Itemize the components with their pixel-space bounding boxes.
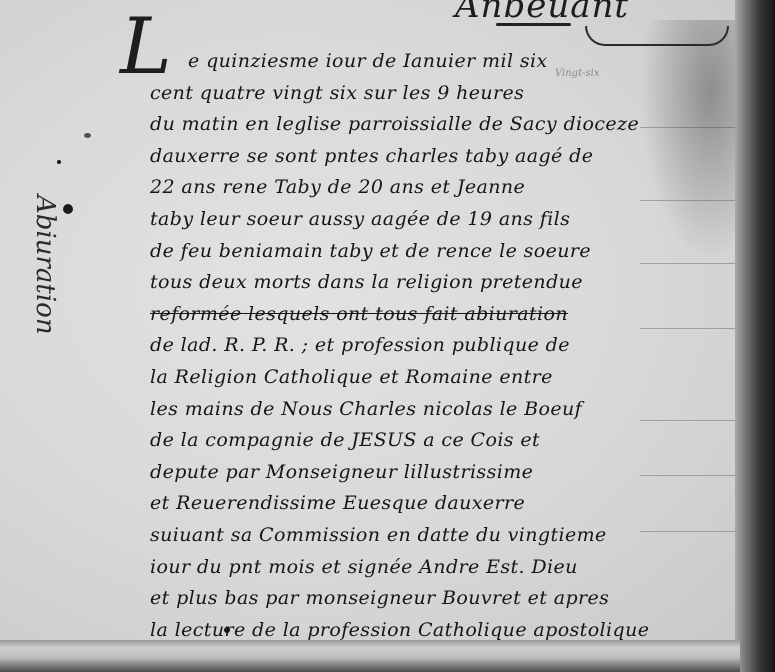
text-line: et Reuerendissime Euesque dauxerre <box>150 488 735 520</box>
text-line: taby leur soeur aussy aagée de 19 ans fi… <box>150 204 735 236</box>
entry-text: e quinziesme iour de Ianuier mil six cen… <box>150 46 735 646</box>
text-line: 22 ans rene Taby de 20 ans et Jeanne <box>150 172 735 204</box>
text-line: cent quatre vingt six sur les 9 heures <box>150 78 735 110</box>
text-line-struck: reformée lesquels ont tous fait abiurati… <box>150 299 735 331</box>
header-underline <box>496 23 571 26</box>
text-line: suiuant sa Commission en datte du vingti… <box>150 520 735 552</box>
ink-blot <box>57 160 61 164</box>
struck-text: reformée lesquels ont tous fait abiurati… <box>150 303 568 325</box>
text-line: la Religion Catholique et Romaine entre <box>150 362 735 394</box>
text-line: et plus bas par monseigneur Bouvret et a… <box>150 583 735 615</box>
ink-blot <box>63 204 73 214</box>
header-flourish <box>585 26 729 46</box>
text-line: de lad. R. P. R. ; et profession publiqu… <box>150 330 735 362</box>
text-line: de la compagnie de JESUS a ce Cois et <box>150 425 735 457</box>
text-line: la lecture de la profession Catholique a… <box>150 615 735 647</box>
text-line: dauxerre se sont pntes charles taby aagé… <box>150 141 735 173</box>
text-line: du matin en leglise parroissialle de Sac… <box>150 109 735 141</box>
margin-note-abjuration: Abiuration <box>30 195 60 335</box>
text-line: e quinziesme iour de Ianuier mil six <box>150 46 735 78</box>
text-line: tous deux morts dans la religion pretend… <box>150 267 735 299</box>
ink-blot <box>84 133 91 138</box>
text-line: de feu beniamain taby et de rence le soe… <box>150 236 735 268</box>
text-line: les mains de Nous Charles nicolas le Boe… <box>150 394 735 426</box>
text-line: depute par Monseigneur lillustrissime <box>150 457 735 489</box>
book-binding <box>735 0 775 672</box>
text-line: iour du pnt mois et signée Andre Est. Di… <box>150 552 735 584</box>
